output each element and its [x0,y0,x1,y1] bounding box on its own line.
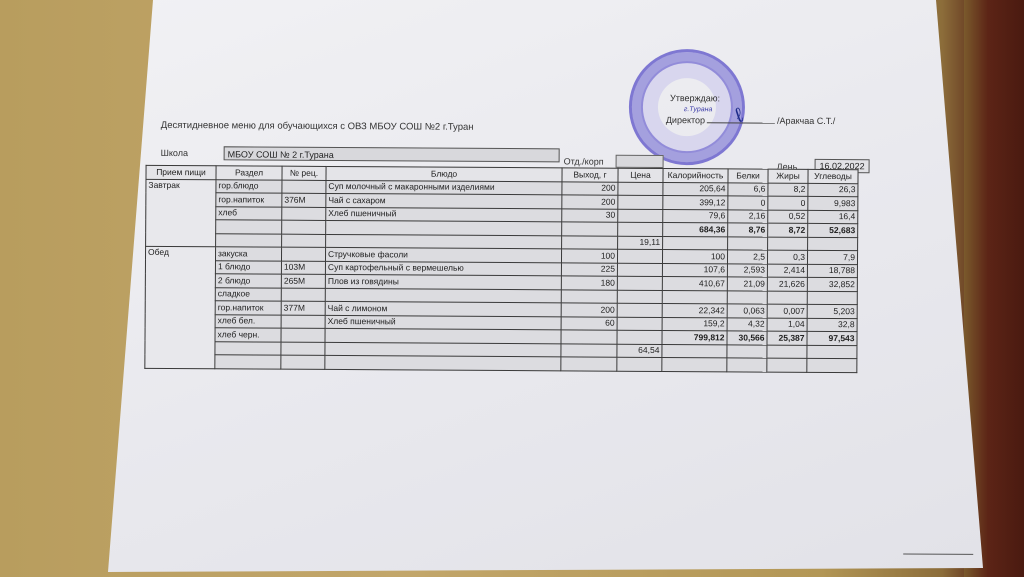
fat-cell [767,358,807,372]
dish-cell: Стручковые фасоли [325,247,561,262]
total-carbs: 97,543 [807,331,857,345]
recipe-cell [282,234,326,248]
output-cell [561,330,617,344]
dish-cell: Чай с лимоном [325,301,561,316]
recipe-cell: 377М [281,301,325,315]
price-cell [618,182,663,196]
carbs-cell [807,291,857,305]
calories-cell: 100 [662,249,727,263]
output-cell [561,289,617,303]
output-cell [561,357,617,371]
carbs-cell [807,358,857,372]
price-cell [617,249,662,263]
dish-cell [326,220,562,235]
protein-cell [727,290,767,304]
recipe-cell: 103М [281,261,325,275]
fat-cell: 0,007 [767,304,807,318]
section-cell: 2 блюдо [215,274,281,288]
total-fat: 25,387 [767,331,807,345]
protein-cell [727,358,767,372]
output-cell [562,222,618,236]
fat-cell [767,345,807,359]
total-carbs: 52,683 [808,223,858,237]
calories-cell: 159,2 [662,317,727,331]
signatory-name: /Аракчаа С.Т./ [777,116,835,126]
carbs-cell: 5,203 [807,304,857,318]
calories-cell: 79,6 [663,209,728,223]
dish-cell: Суп молочный с макаронными изделиями [326,180,562,195]
school-field: МБОУ СОШ № 2 г.Турана [224,146,560,162]
protein-cell [727,344,767,358]
section-cell [215,341,281,355]
header-calories: Калорийность [663,168,728,182]
price-cell [617,303,662,317]
fat-cell [768,237,808,251]
carbs-cell: 9,983 [808,196,858,210]
price-cell [617,317,662,331]
calories-cell [662,344,727,358]
school-label: Школа [161,148,188,158]
carbs-cell: 16,4 [808,210,858,224]
dish-cell: Чай с сахаром [326,193,562,208]
dish-cell [325,342,561,357]
fat-cell: 0,3 [767,250,807,264]
dish-cell [325,288,561,303]
output-cell: 180 [561,276,617,290]
section-cell: 1 блюдо [215,260,281,274]
section-cell: закуска [215,247,281,261]
header-dish: Блюдо [326,166,562,181]
total-protein: 30,566 [727,331,767,345]
calories-cell: 205,64 [663,182,728,196]
protein-cell: 0 [728,196,768,210]
calories-cell: 410,67 [662,276,727,290]
dish-cell [325,328,561,343]
output-cell [562,235,618,249]
header-section: Раздел [216,166,282,180]
price-cell [617,276,662,290]
meal-cell: Обед [145,246,216,368]
dish-cell: Хлеб пшеничный [326,207,562,222]
section-cell: хлеб бел. [215,314,281,328]
protein-cell: 2,5 [727,250,767,264]
fat-cell: 0,52 [768,210,808,224]
price-cell [618,222,663,236]
fat-cell: 21,626 [767,277,807,291]
document-content: Утверждаю: г.Турана Директор/Аракчаа С.Т… [0,0,1024,577]
document-title: Десятидневное меню для обучающихся с ОВЗ… [161,120,474,133]
section-cell: хлеб [216,206,282,220]
output-cell: 100 [561,249,617,263]
recipe-cell [282,207,326,221]
price-total: 64,54 [617,344,662,358]
section-cell [216,233,282,247]
calories-cell [663,236,728,250]
price-total: 19,11 [618,236,663,250]
dish-cell [325,355,561,370]
fat-cell: 2,414 [767,264,807,278]
carbs-cell: 32,8 [807,318,857,332]
recipe-cell [282,220,326,234]
total-fat: 8,72 [768,223,808,237]
calories-cell: 107,6 [662,263,727,277]
protein-cell: 21,09 [727,277,767,291]
protein-cell: 2,16 [728,209,768,223]
header-meal: Прием пищи [146,165,216,179]
total-protein: 8,76 [728,223,768,237]
price-cell [617,263,662,277]
recipe-cell [281,328,325,342]
calories-cell [662,290,727,304]
output-cell [561,343,617,357]
recipe-cell [281,315,325,329]
output-cell: 225 [561,262,617,276]
footer-line [903,553,973,554]
price-cell [618,195,663,209]
protein-cell: 2,593 [727,263,767,277]
section-cell [215,355,281,369]
output-cell: 30 [562,208,618,222]
fat-cell: 0 [768,196,808,210]
carbs-cell: 18,788 [807,264,857,278]
recipe-cell [281,355,325,369]
output-cell: 200 [562,195,618,209]
recipe-cell [281,288,325,302]
price-cell [617,357,662,371]
carbs-cell: 7,9 [807,250,857,264]
section-cell: хлеб черн. [215,328,281,342]
dish-cell: Суп картофельный с вермешелью [325,261,561,276]
section-cell: гор.блюдо [216,179,282,193]
header-carbs: Углеводы [808,169,858,183]
recipe-cell [281,342,325,356]
section-cell: гор.напиток [215,301,281,315]
header-price: Цена [618,168,663,182]
recipe-cell [282,180,326,194]
fat-cell: 8,2 [768,183,808,197]
header-output: Выход, г [562,168,618,182]
recipe-cell: 376М [282,193,326,207]
output-cell: 200 [561,303,617,317]
output-cell: 200 [562,181,618,195]
carbs-cell [807,345,857,359]
carbs-cell: 32,852 [807,277,857,291]
fat-cell [767,291,807,305]
header-protein: Белки [728,169,768,183]
position-label: Директор [666,115,705,125]
total-calories: 684,36 [663,222,728,236]
calories-cell: 22,342 [662,303,727,317]
carbs-cell [808,237,858,251]
dish-cell: Хлеб пшеничный [325,315,561,330]
recipe-cell [281,247,325,261]
carbs-cell: 26,3 [808,183,858,197]
protein-cell [728,236,768,250]
dish-cell: Плов из говядины [325,274,561,289]
header-fat: Жиры [768,169,808,183]
price-cell [617,330,662,344]
section-cell: гор.напиток [216,193,282,207]
total-calories: 799,812 [662,330,727,344]
meal-cell: Завтрак [146,179,216,247]
dish-cell [326,234,562,249]
menu-table: Прием пищи Раздел № рец. Блюдо Выход, г … [144,165,858,373]
protein-cell: 0,063 [727,304,767,318]
output-cell: 60 [561,316,617,330]
protein-cell: 4,32 [727,317,767,331]
fat-cell: 1,04 [767,318,807,332]
price-cell [617,290,662,304]
recipe-cell: 265М [281,274,325,288]
calories-cell [662,357,727,371]
section-cell: сладкое [215,287,281,301]
calories-cell: 399,12 [663,195,728,209]
department-field [616,155,664,168]
price-cell [618,209,663,223]
protein-cell: 6,6 [728,182,768,196]
section-cell [216,220,282,234]
department-label: Отд./корп [564,156,604,166]
header-recipe: № рец. [282,166,326,180]
